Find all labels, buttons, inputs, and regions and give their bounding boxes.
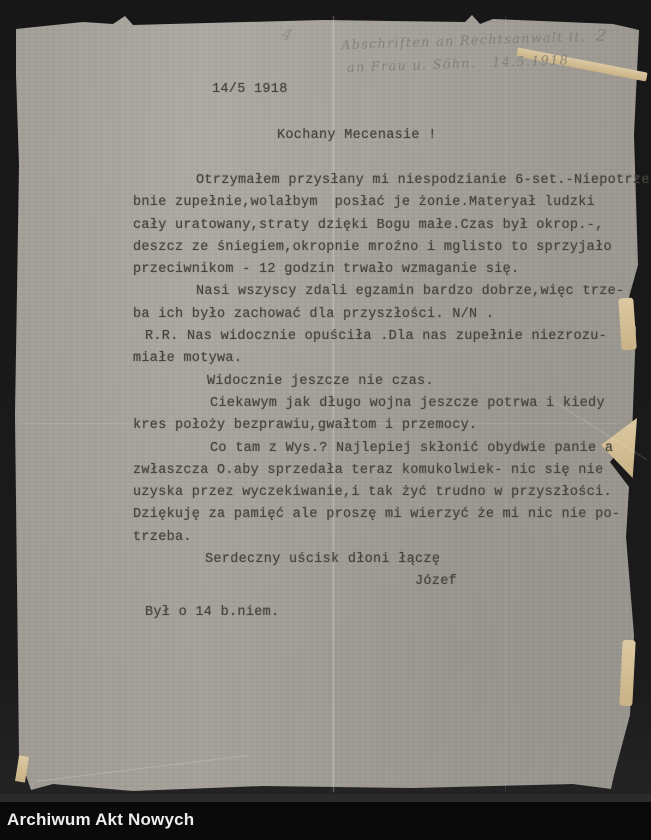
letter-body: Otrzymałem przysłany mi niespodzianie 6-… [133, 170, 650, 594]
torn-edge-right-lower [619, 640, 635, 707]
letter-line: trzeba. [133, 527, 650, 549]
letter-line: Józef [133, 571, 650, 593]
letter-line: R.R. Nas widocznie opuściła .Dla nas zup… [133, 326, 650, 348]
letter-line: Nasi wszyscy zdali egzamin bardzo dobrze… [133, 281, 650, 303]
archive-watermark-label: Archiwum Akt Nowych [7, 810, 194, 830]
letter-date: 14/5 1918 [212, 82, 288, 97]
letter-line: przeciwnikom - 12 godzin trwało wzmagani… [133, 259, 650, 281]
letter-line: bnie zupełnie,wolałbym posłać je żonie.M… [133, 192, 650, 214]
letter-salutation: Kochany Mecenasie ! [277, 128, 437, 143]
torn-edge-bottom-left [15, 755, 29, 782]
letter-line: kres położy bezprawiu,gwałtom i przemocy… [133, 415, 650, 437]
letter-line: miałe motywa. [133, 348, 650, 370]
letter-line: deszcz ze śniegiem,okropnie mroźno i mgl… [133, 237, 650, 259]
letter-line: Ciekawym jak długo wojna jeszcze potrwa … [133, 393, 650, 415]
pencil-page-number: 2 [595, 25, 608, 45]
letter-line: uzyska przez wyczekiwanie,i tak żyć trud… [133, 482, 650, 504]
letter-postscript: Był o 14 b.niem. [145, 605, 279, 620]
letter-line: Serdeczny uścisk dłoni łączę [133, 549, 650, 571]
letter-line: ba ich było zachować dla przyszłości. N/… [133, 304, 650, 326]
letter-line: zwłaszcza O.aby sprzedała teraz komukolw… [133, 460, 650, 482]
watermark-bar: Archiwum Akt Nowych [0, 802, 651, 840]
letter-line: Dziękuję za pamięć ale proszę mi wierzyć… [133, 504, 650, 526]
letter-line: cały uratowany,straty dzięki Bogu małe.C… [133, 215, 650, 237]
letter-line: Otrzymałem przysłany mi niespodzianie 6-… [133, 170, 650, 192]
background-gap-band [0, 794, 651, 802]
archive-scan-viewer: Abschriften an Rechtsanwalt it. an Frau … [0, 0, 651, 840]
letter-line: Co tam z Wys.? Najlepiej skłonić obydwie… [133, 438, 650, 460]
letter-line: Widocznie jeszcze nie czas. [133, 371, 650, 393]
